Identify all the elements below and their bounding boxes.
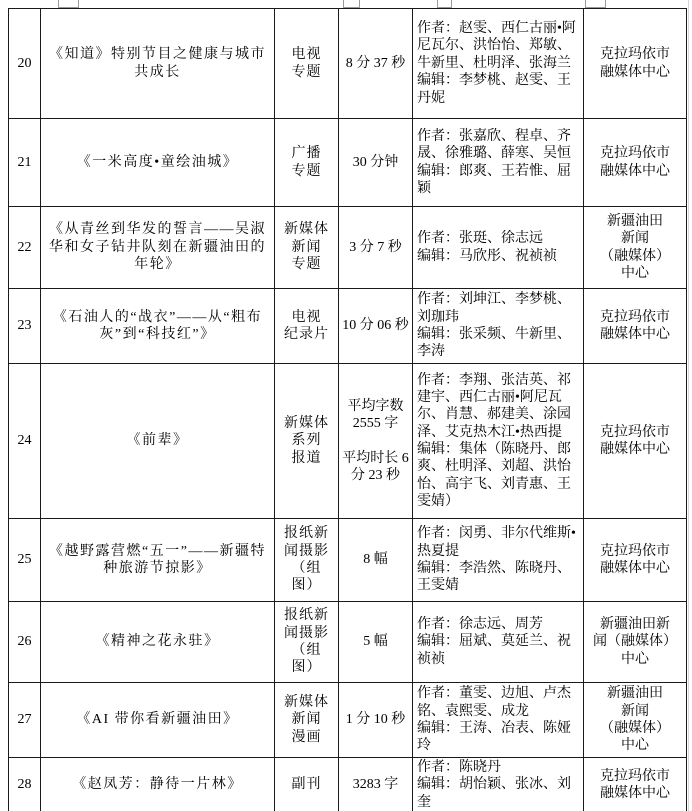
work-org: 克拉玛依市 融媒体中心 (584, 364, 687, 519)
work-title: 《AI 带你看新疆油田》 (41, 683, 275, 758)
table-row: 25 《越野露营燃“五一”——新疆特种旅游节掠影》 报纸新 闻摄影 （组 图） … (9, 519, 687, 602)
work-credits: 作者：赵雯、西仁古丽•阿尼瓦尔、洪怡怡、郑敏、牛新里、杜明泽、张海兰 编辑：李梦… (413, 9, 584, 119)
cut-row-artifact (585, 0, 606, 8)
work-type: 报纸新 闻摄影 （组 图） (275, 519, 339, 602)
work-title: 《知道》特别节目之健康与城市共成长 (41, 9, 275, 119)
work-org: 克拉玛依市 融媒体中心 (584, 758, 687, 811)
cut-row-artifact (343, 0, 360, 8)
work-length: 3283 字 (339, 758, 413, 811)
row-number: 23 (9, 289, 41, 364)
work-org: 新疆油田新 闻（融媒体） 中心 (584, 602, 687, 683)
work-title: 《前辈》 (41, 364, 275, 519)
work-credits: 作者：张嘉欣、程卓、齐晟、徐雅璐、薛寒、吴恒 编辑：郎爽、王若惟、屈颖 (413, 119, 584, 207)
work-org: 克拉玛依市 融媒体中心 (584, 289, 687, 364)
work-length: 1 分 10 秒 (339, 683, 413, 758)
work-length: 8 幅 (339, 519, 413, 602)
table-row: 24 《前辈》 新媒体 系列 报道 平均字数 2555 字 平均时长 6 分 2… (9, 364, 687, 519)
table-row: 27 《AI 带你看新疆油田》 新媒体 新闻 漫画 1 分 10 秒 作者：董雯… (9, 683, 687, 758)
row-number: 28 (9, 758, 41, 811)
row-number: 20 (9, 9, 41, 119)
work-title: 《精神之花永驻》 (41, 602, 275, 683)
work-credits: 作者：闵勇、非尔代维斯•热夏提 编辑：李浩然、陈晓丹、王雯婧 (413, 519, 584, 602)
work-length: 8 分 37 秒 (339, 9, 413, 119)
work-length: 10 分 06 秒 (339, 289, 413, 364)
work-org: 克拉玛依市 融媒体中心 (584, 519, 687, 602)
work-title: 《一米高度•童绘油城》 (41, 119, 275, 207)
work-credits: 作者：董雯、边旭、卢杰铭、袁熙雯、成龙 编辑：王涛、冶表、陈娅玲 (413, 683, 584, 758)
work-credits: 作者：李翔、张洁英、祁建宇、西仁古丽•阿尼瓦尔、肖慧、郝建美、涂园泽、艾克热木江… (413, 364, 584, 519)
work-length: 5 幅 (339, 602, 413, 683)
work-org: 克拉玛依市 融媒体中心 (584, 119, 687, 207)
awards-table-body: 20 《知道》特别节目之健康与城市共成长 电视 专题 8 分 37 秒 作者：赵… (9, 9, 687, 811)
work-length: 30 分钟 (339, 119, 413, 207)
row-number: 27 (9, 683, 41, 758)
cut-row-artifact (58, 0, 79, 8)
work-type: 副刊 (275, 758, 339, 811)
cut-row-artifact (437, 0, 452, 8)
table-row: 28 《赵凤芳：静待一片林》 副刊 3283 字 作者：陈晓丹 编辑：胡怡颖、张… (9, 758, 687, 811)
table-row: 23 《石油人的“战衣”——从“粗布灰”到“科技红”》 电视 纪录片 10 分 … (9, 289, 687, 364)
work-type: 广播 专题 (275, 119, 339, 207)
row-number: 26 (9, 602, 41, 683)
table-row: 26 《精神之花永驻》 报纸新 闻摄影 （组 图） 5 幅 作者：徐志远、周芳 … (9, 602, 687, 683)
table-row: 21 《一米高度•童绘油城》 广播 专题 30 分钟 作者：张嘉欣、程卓、齐晟、… (9, 119, 687, 207)
table-row: 20 《知道》特别节目之健康与城市共成长 电视 专题 8 分 37 秒 作者：赵… (9, 9, 687, 119)
work-org: 克拉玛依市 融媒体中心 (584, 9, 687, 119)
work-org: 新疆油田 新闻 （融媒体） 中心 (584, 683, 687, 758)
page-edge-line (688, 0, 689, 811)
work-type: 新媒体 新闻 漫画 (275, 683, 339, 758)
work-type: 新媒体 新闻 专题 (275, 207, 339, 289)
work-title: 《石油人的“战衣”——从“粗布灰”到“科技红”》 (41, 289, 275, 364)
work-title: 《赵凤芳：静待一片林》 (41, 758, 275, 811)
work-length: 平均字数 2555 字 平均时长 6 分 23 秒 (339, 364, 413, 519)
work-credits: 作者：张珽、徐志远 编辑：马欣彤、祝祯祯 (413, 207, 584, 289)
awards-table: 20 《知道》特别节目之健康与城市共成长 电视 专题 8 分 37 秒 作者：赵… (8, 8, 687, 811)
work-credits: 作者：刘坤江、李梦桃、刘珈玮 编辑：张采频、牛新里、李涛 (413, 289, 584, 364)
work-credits: 作者：徐志远、周芳 编辑：屈斌、莫延兰、祝祯祯 (413, 602, 584, 683)
work-type: 报纸新 闻摄影 （组 图） (275, 602, 339, 683)
work-type: 电视 纪录片 (275, 289, 339, 364)
row-number: 25 (9, 519, 41, 602)
work-title: 《从青丝到华发的誓言——吴淑华和女子钻井队刻在新疆油田的年轮》 (41, 207, 275, 289)
row-number: 24 (9, 364, 41, 519)
row-number: 22 (9, 207, 41, 289)
row-number: 21 (9, 119, 41, 207)
work-credits: 作者：陈晓丹 编辑：胡怡颖、张冰、刘奎 (413, 758, 584, 811)
work-title: 《越野露营燃“五一”——新疆特种旅游节掠影》 (41, 519, 275, 602)
work-org: 新疆油田 新闻 （融媒体） 中心 (584, 207, 687, 289)
work-type: 电视 专题 (275, 9, 339, 119)
work-type: 新媒体 系列 报道 (275, 364, 339, 519)
work-length: 3 分 7 秒 (339, 207, 413, 289)
table-row: 22 《从青丝到华发的誓言——吴淑华和女子钻井队刻在新疆油田的年轮》 新媒体 新… (9, 207, 687, 289)
